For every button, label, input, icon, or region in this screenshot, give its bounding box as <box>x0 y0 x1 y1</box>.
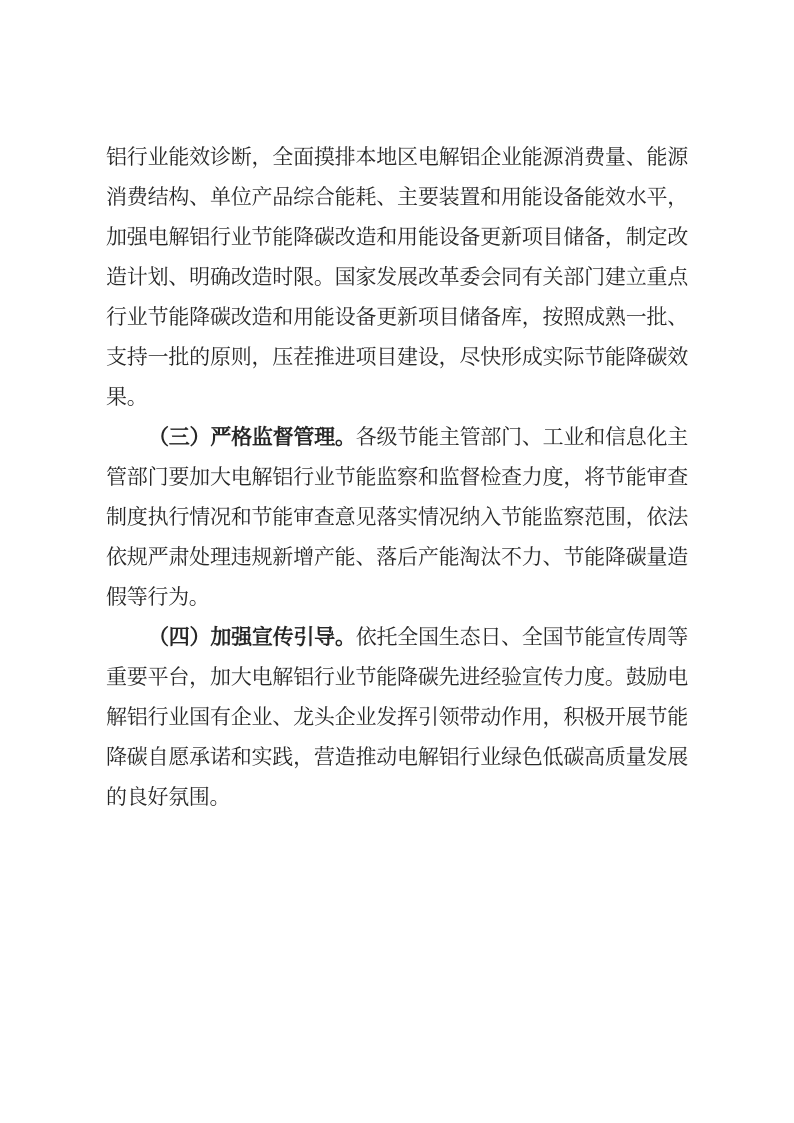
line-text: 依规严肃处理违规新增产能、落后产能淘汰不力、节能降碳量造 <box>106 545 688 569</box>
document-line: 支持一批的原则，压茬推进项目建设，尽快形成实际节能降碳效 <box>106 337 688 377</box>
document-line: 重要平台，加大电解铝行业节能降碳先进经验宣传力度。鼓励电 <box>106 657 688 697</box>
section-heading: （四）加强宣传引导。 <box>148 625 356 649</box>
line-text: 制度执行情况和节能审查意见落实情况纳入节能监察范围，依法 <box>106 505 688 529</box>
document-line: 假等行为。 <box>106 577 688 617</box>
line-text: 支持一批的原则，压茬推进项目建设，尽快形成实际节能降碳效 <box>106 345 688 369</box>
line-text: 消费结构、单位产品综合能耗、主要装置和用能设备能效水平， <box>106 185 688 209</box>
document-line: 果。 <box>106 377 688 417</box>
line-text: 加强电解铝行业节能降碳改造和用能设备更新项目储备，制定改 <box>106 225 688 249</box>
line-text: 果。 <box>106 385 147 409</box>
document-line: 管部门要加大电解铝行业节能监察和监督检查力度，将节能审查 <box>106 457 688 497</box>
document-line: 加强电解铝行业节能降碳改造和用能设备更新项目储备，制定改 <box>106 217 688 257</box>
line-text: 解铝行业国有企业、龙头企业发挥引领带动作用，积极开展节能 <box>106 705 688 729</box>
document-text-block: 铝行业能效诊断，全面摸排本地区电解铝企业能源消费量、能源 消费结构、单位产品综合… <box>106 137 688 817</box>
document-line: 依规严肃处理违规新增产能、落后产能淘汰不力、节能降碳量造 <box>106 537 688 577</box>
line-text: 的良好氛围。 <box>106 785 230 809</box>
document-line: 制度执行情况和节能审查意见落实情况纳入节能监察范围，依法 <box>106 497 688 537</box>
line-text: 行业节能降碳改造和用能设备更新项目储备库，按照成熟一批、 <box>106 305 688 329</box>
line-text: 重要平台，加大电解铝行业节能降碳先进经验宣传力度。鼓励电 <box>106 665 688 689</box>
line-text: 假等行为。 <box>106 585 210 609</box>
document-line: 铝行业能效诊断，全面摸排本地区电解铝企业能源消费量、能源 <box>106 137 688 177</box>
line-text: 各级节能主管部门、工业和信息化主 <box>356 425 688 449</box>
line-text: 管部门要加大电解铝行业节能监察和监督检查力度，将节能审查 <box>106 465 688 489</box>
document-line: （四）加强宣传引导。依托全国生态日、全国节能宣传周等 <box>106 617 688 657</box>
document-line: 造计划、明确改造时限。国家发展改革委会同有关部门建立重点 <box>106 257 688 297</box>
line-text: 铝行业能效诊断，全面摸排本地区电解铝企业能源消费量、能源 <box>106 145 688 169</box>
document-page: 铝行业能效诊断，全面摸排本地区电解铝企业能源消费量、能源 消费结构、单位产品综合… <box>0 0 794 1123</box>
line-text: 降碳自愿承诺和实践，营造推动电解铝行业绿色低碳高质量发展 <box>106 745 688 769</box>
document-line: 行业节能降碳改造和用能设备更新项目储备库，按照成熟一批、 <box>106 297 688 337</box>
line-text: 造计划、明确改造时限。国家发展改革委会同有关部门建立重点 <box>106 265 688 289</box>
document-line: （三）严格监督管理。各级节能主管部门、工业和信息化主 <box>106 417 688 457</box>
document-line: 解铝行业国有企业、龙头企业发挥引领带动作用，积极开展节能 <box>106 697 688 737</box>
document-line: 消费结构、单位产品综合能耗、主要装置和用能设备能效水平， <box>106 177 688 217</box>
document-line: 的良好氛围。 <box>106 777 688 817</box>
section-heading: （三）严格监督管理。 <box>148 425 356 449</box>
line-text: 依托全国生态日、全国节能宣传周等 <box>356 625 688 649</box>
document-line: 降碳自愿承诺和实践，营造推动电解铝行业绿色低碳高质量发展 <box>106 737 688 777</box>
